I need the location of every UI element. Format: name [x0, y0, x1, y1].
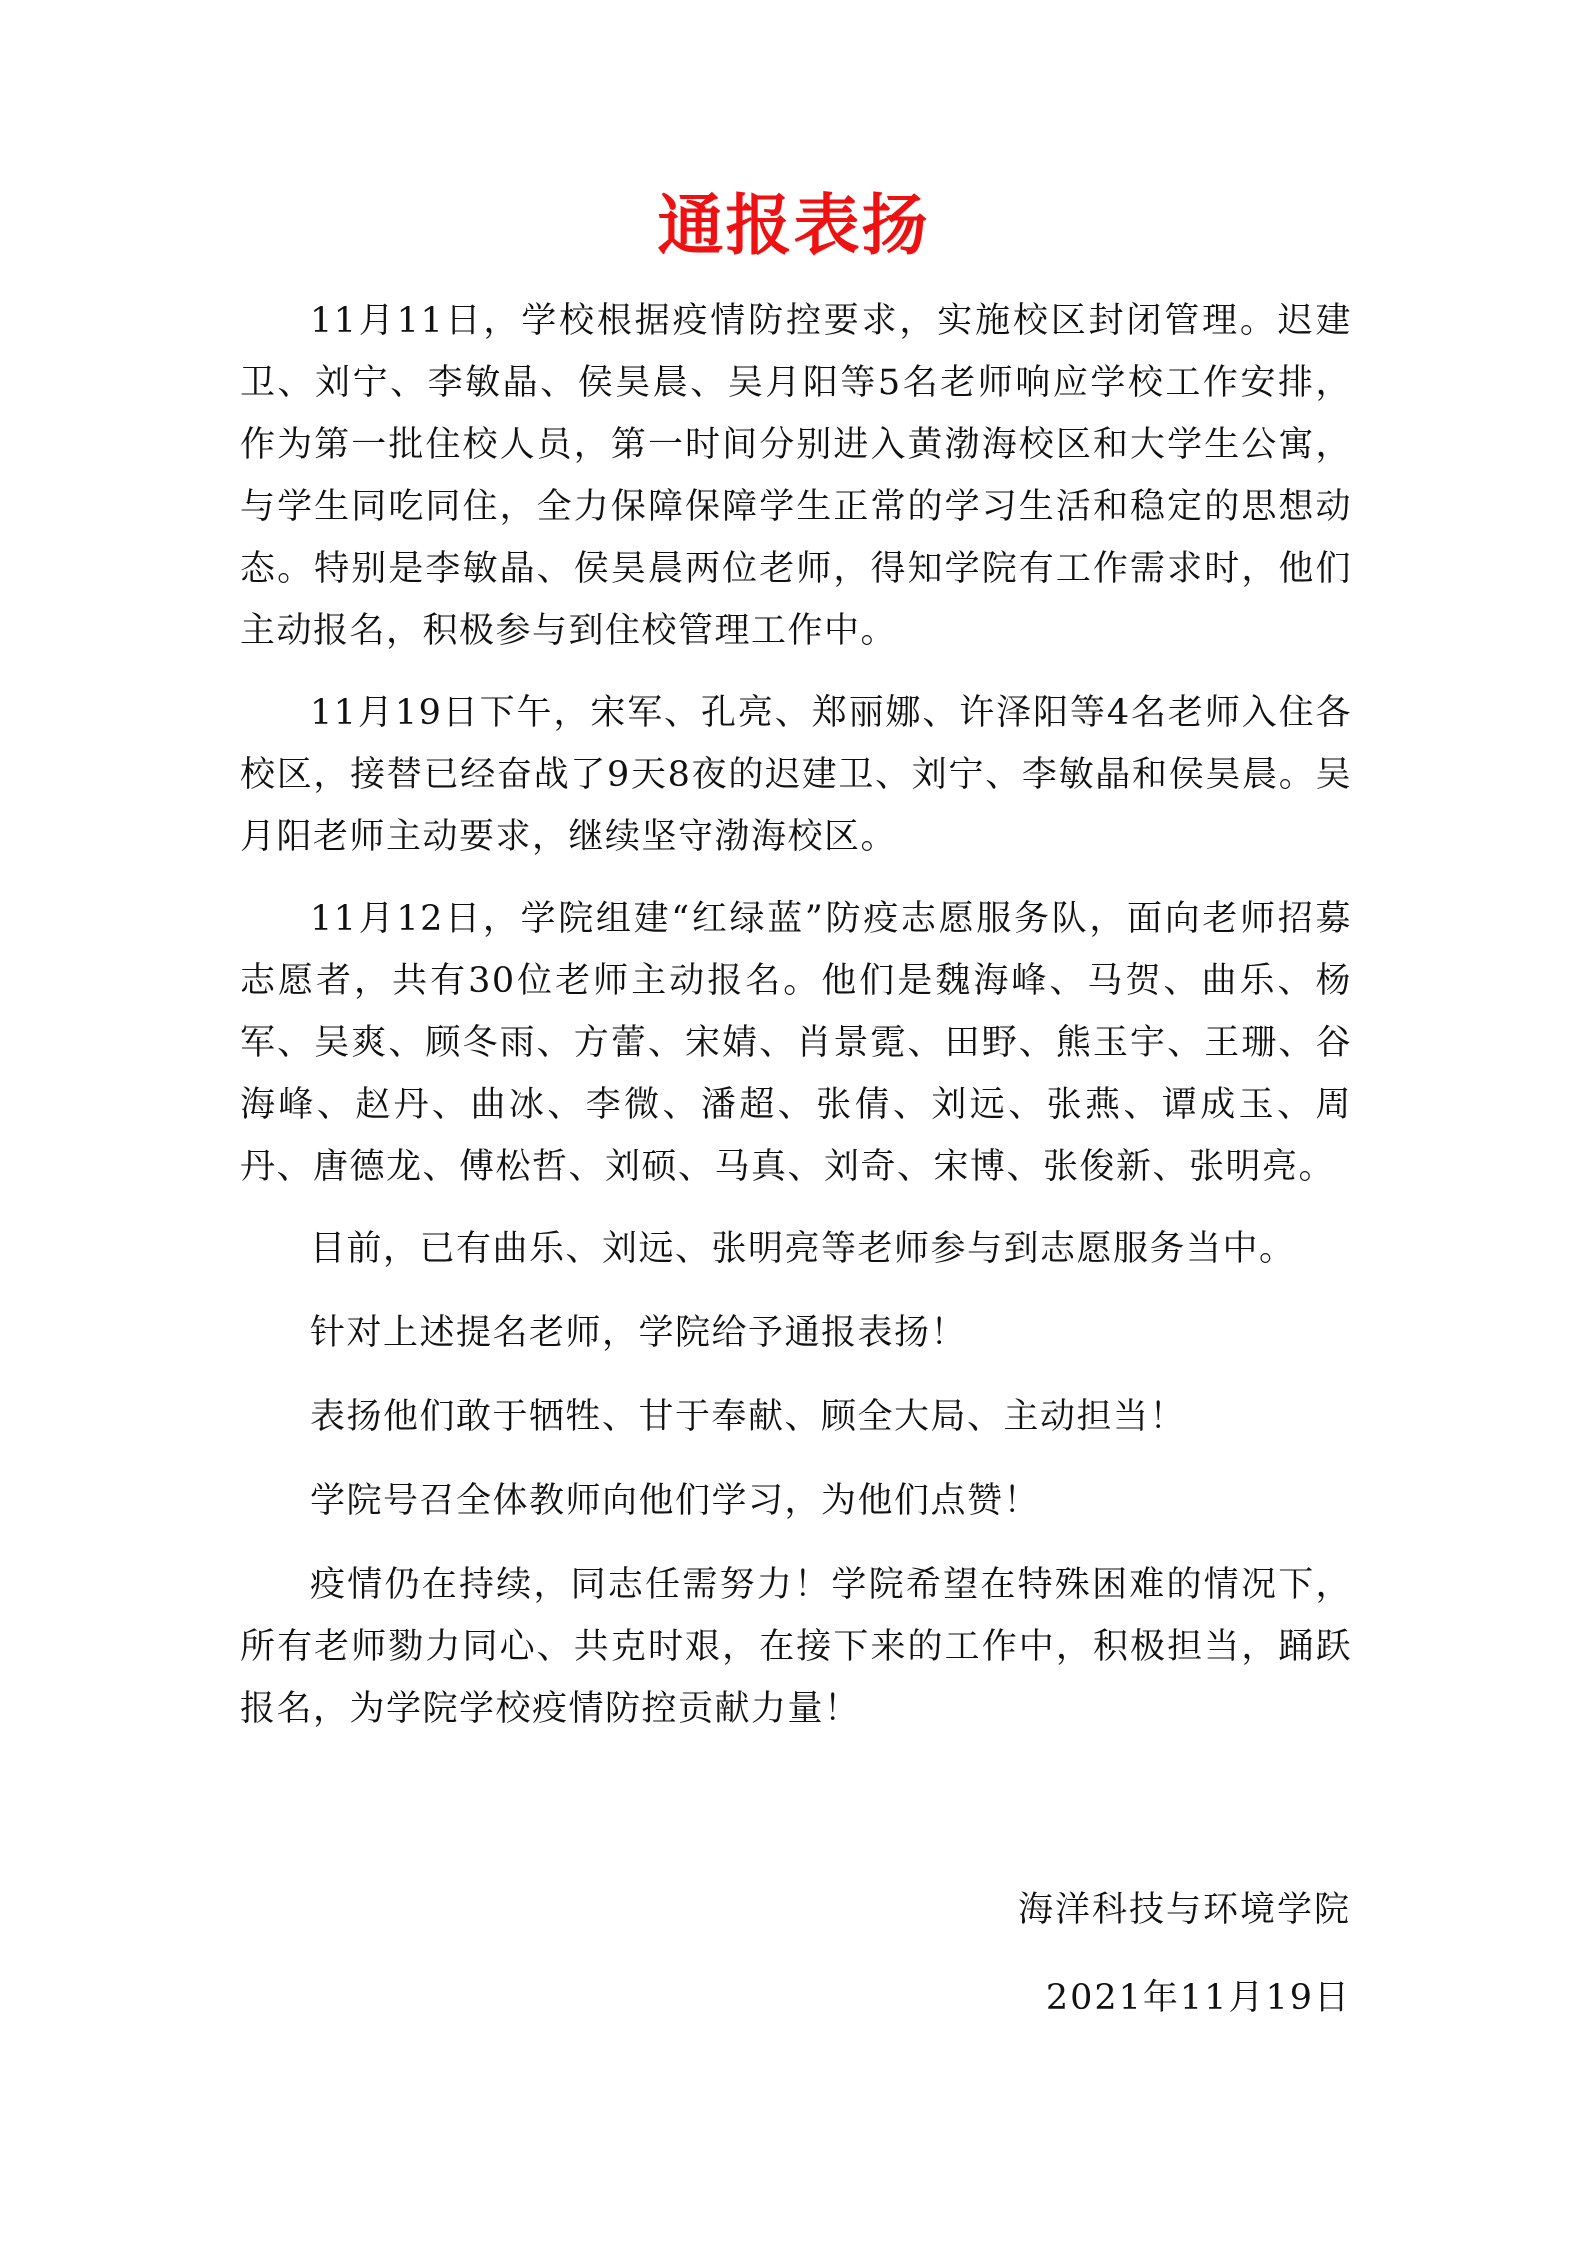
paragraph-commendation: 针对上述提名老师，学院给予通报表扬！	[240, 1302, 1352, 1364]
paragraph-current-volunteers: 目前，已有曲乐、刘远、张明亮等老师参与到志愿服务当中。	[240, 1218, 1352, 1280]
paragraph-volunteer-team: 11月12日，学院组建“红绿蓝”防疫志愿服务队，面向老师招募志愿者，共有30位老…	[240, 888, 1352, 1198]
document-title: 通报表扬	[0, 186, 1587, 266]
signature-date: 2021年11月19日	[1018, 1954, 1351, 2042]
paragraph-first-batch-residents: 11月11日，学校根据疫情防控要求，实施校区封闭管理。迟建卫、刘宁、李敏晶、侯昊…	[240, 290, 1352, 662]
paragraph-praise: 表扬他们敢于牺牲、甘于奉献、顾全大局、主动担当！	[240, 1386, 1352, 1448]
paragraph-second-batch-residents: 11月19日下午，宋军、孔亮、郑丽娜、许泽阳等4名老师入住各校区，接替已经奋战了…	[240, 682, 1352, 868]
paragraph-call-to-learn: 学院号召全体教师向他们学习，为他们点赞！	[240, 1470, 1352, 1532]
paragraph-closing-appeal: 疫情仍在持续，同志任需努力！学院希望在特殊困难的情况下，所有老师勠力同心、共克时…	[240, 1554, 1352, 1740]
signature-organization: 海洋科技与环境学院	[1018, 1866, 1351, 1954]
document-page: 通报表扬 11月11日，学校根据疫情防控要求，实施校区封闭管理。迟建卫、刘宁、李…	[0, 0, 1587, 2245]
signature-block: 海洋科技与环境学院 2021年11月19日	[1018, 1866, 1351, 2042]
document-body: 11月11日，学校根据疫情防控要求，实施校区封闭管理。迟建卫、刘宁、李敏晶、侯昊…	[240, 290, 1352, 1740]
